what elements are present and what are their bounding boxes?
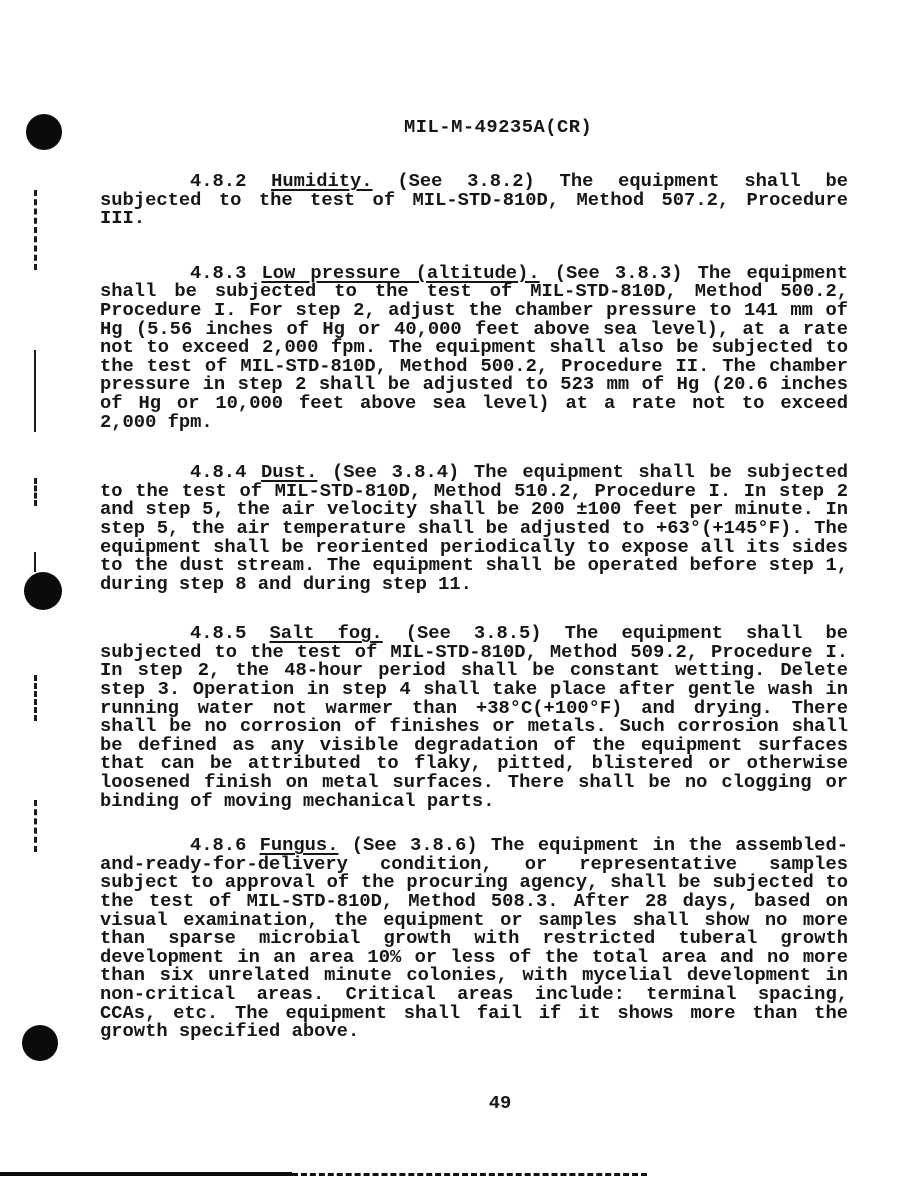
section-body-text: (See 3.8.6) The equipment in the assembl… — [100, 834, 848, 1042]
bottom-scan-artifact-dashed — [292, 1173, 647, 1176]
margin-line-artifact — [34, 190, 37, 270]
section-paragraph-4-8-3: 4.8.3 Low pressure (altitude). (See 3.8.… — [100, 264, 848, 431]
section-body-text: (See 3.8.5) The equipment shall be subje… — [100, 622, 848, 811]
hole-punch-dot-middle — [24, 572, 62, 610]
section-paragraph-4-8-6: 4.8.6 Fungus. (See 3.8.6) The equipment … — [100, 836, 848, 1041]
section-body-text: (See 3.8.4) The equipment shall be subje… — [100, 461, 848, 595]
scanned-document-page: MIL-M-49235A(CR) 4.8.2 Humidity. (See 3.… — [0, 0, 912, 1180]
margin-line-artifact — [34, 350, 36, 432]
hole-punch-dot-bottom — [22, 1025, 58, 1061]
document-header: MIL-M-49235A(CR) — [404, 116, 592, 138]
section-paragraph-4-8-4: 4.8.4 Dust. (See 3.8.4) The equipment sh… — [100, 463, 848, 593]
margin-line-artifact — [34, 800, 37, 852]
margin-line-artifact — [34, 478, 37, 506]
bottom-scan-artifact-solid — [0, 1172, 292, 1176]
section-body-text: (See 3.8.3) The equipment shall be subje… — [100, 262, 848, 433]
margin-line-artifact — [34, 552, 36, 572]
page-number: 49 — [460, 1092, 540, 1114]
hole-punch-dot-top — [26, 114, 62, 150]
document-body: 4.8.2 Humidity. (See 3.8.2) The equipmen… — [100, 172, 848, 1041]
section-paragraph-4-8-2: 4.8.2 Humidity. (See 3.8.2) The equipmen… — [100, 172, 848, 228]
section-paragraph-4-8-5: 4.8.5 Salt fog. (See 3.8.5) The equipmen… — [100, 624, 848, 810]
margin-line-artifact — [34, 675, 37, 721]
